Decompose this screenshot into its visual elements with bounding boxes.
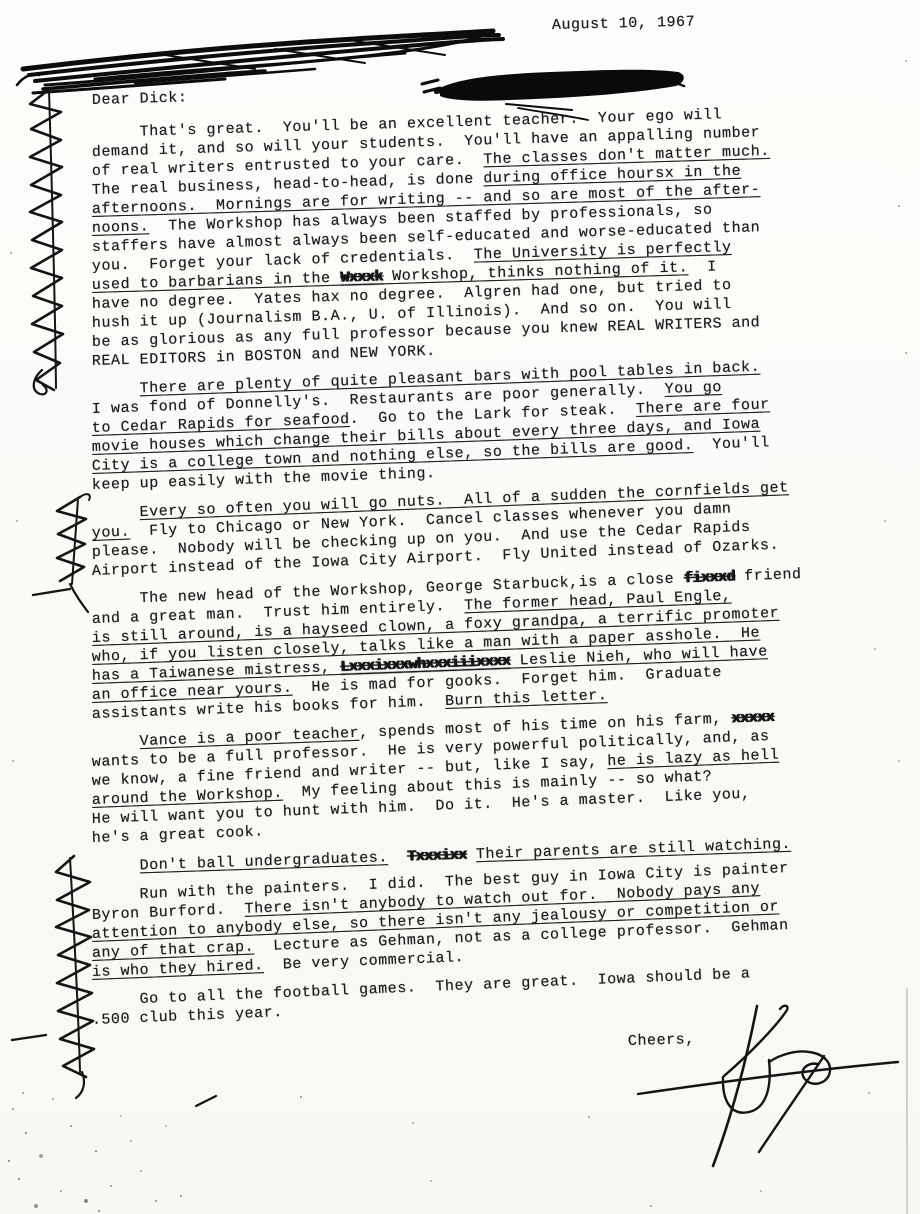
paragraph: Vance is a poor teacher, spends most of … xyxy=(92,734,862,848)
underlined-text: Don't ball undergraduates. xyxy=(139,849,388,874)
typed-text: You'll xyxy=(693,434,770,454)
typed-over-strikeout: fixxxd xyxy=(683,568,735,587)
typed-text: I xyxy=(688,258,717,276)
paragraph: The new head of the Workshop, George Sta… xyxy=(92,591,862,724)
underlined-text: Burn this letter. xyxy=(445,687,608,710)
typed-text xyxy=(92,733,140,752)
scanned-letter-page: August 10, 1967 Dear Dick: That's great.… xyxy=(0,0,920,1214)
paragraph: There are plenty of quite pleasant bars … xyxy=(92,381,862,495)
underlined-text: you. xyxy=(92,524,131,542)
typed-over-strikeout: Txxxixx xyxy=(407,847,467,866)
typed-over-strikeout: xxxxx xyxy=(731,709,774,728)
margin-zigzag-1 xyxy=(30,88,63,390)
typed-text xyxy=(388,849,408,867)
date: August 10, 1967 xyxy=(552,8,862,35)
typed-text xyxy=(92,380,140,399)
margin-zigzag-3 xyxy=(56,856,94,1077)
paragraph: Go to all the football games. They are g… xyxy=(92,992,862,1030)
paragraphs: That's great. You'll be an excellent tea… xyxy=(92,124,862,1030)
typed-text xyxy=(92,857,140,876)
margin-zigzag-2 xyxy=(57,497,86,581)
typed-text xyxy=(92,504,140,523)
underlined-text: noons. xyxy=(92,218,150,237)
typed-text: friend xyxy=(734,566,801,585)
typed-over-strikeout: Wxxxk xyxy=(340,268,383,286)
letter-body: August 10, 1967 Dear Dick: That's great.… xyxy=(92,16,862,1051)
scan-edge-artifact xyxy=(906,988,908,1214)
scan-noise-speckles xyxy=(0,0,2,2)
underlined-text: You go xyxy=(664,379,722,398)
paragraph: That's great. You'll be an excellent tea… xyxy=(92,124,862,371)
